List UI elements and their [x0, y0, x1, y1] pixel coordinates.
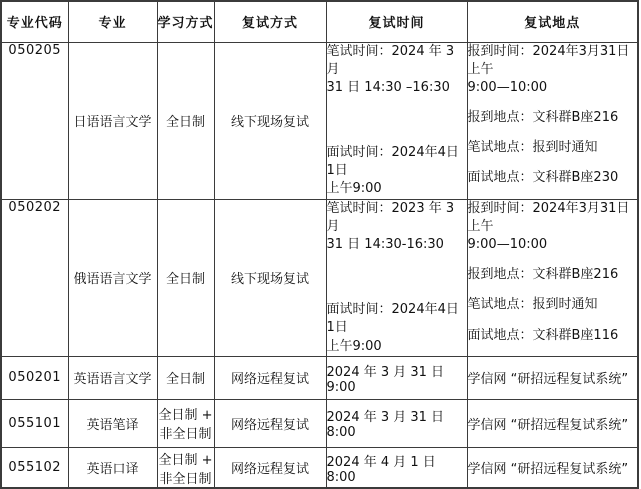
admission-retest-schedule-table: 专业代码 专业 学习方式 复试方式 复试时间 复试地点 050205 日语语言文… — [0, 0, 639, 489]
cell-retest-time: 2024 年 3 月 31 日 9:00 — [326, 356, 467, 399]
cell-major: 英语口译 — [68, 447, 157, 488]
col-header-retest-time: 复试时间 — [326, 1, 467, 42]
cell-study-mode: 全日制 — [157, 42, 214, 199]
location-line: 笔试地点：报到时通知 — [468, 296, 638, 314]
location-line: 报到地点：文科群B座216 — [468, 109, 638, 127]
table-row: 050201 英语语言文学 全日制 网络远程复试 2024 年 3 月 31 日… — [1, 356, 638, 399]
cell-study-mode: 全日制 — [157, 199, 214, 356]
cell-retest-location: 学信网 “研招远程复试系统” — [467, 447, 638, 488]
cell-retest-time: 2024 年 4 月 1 日 8:00 — [326, 447, 467, 488]
col-header-study-mode: 学习方式 — [157, 1, 214, 42]
time-line: 笔试时间：2024 年 3 月 31 日 14:30 –16:30 — [327, 43, 467, 98]
location-line: 面试地点：文科群B座116 — [468, 327, 638, 345]
table-row: 055102 英语口译 全日制 + 非全日制 网络远程复试 2024 年 4 月… — [1, 447, 638, 488]
location-line: 报到地点：文科群B座216 — [468, 266, 638, 284]
col-header-major-code: 专业代码 — [1, 1, 68, 42]
cell-major-code: 055101 — [1, 399, 68, 447]
location-line: 报到时间：2024年3月31日上午 9:00—10:00 — [468, 43, 638, 98]
col-header-retest-method: 复试方式 — [214, 1, 326, 42]
cell-retest-time: 笔试时间：2023 年 3 月 31 日 14:30-16:30 面试时间：20… — [326, 199, 467, 356]
cell-major: 俄语语言文学 — [68, 199, 157, 356]
cell-major-code: 050205 — [1, 42, 68, 199]
cell-retest-location: 报到时间：2024年3月31日上午 9:00—10:00 报到地点：文科群B座2… — [467, 199, 638, 356]
cell-retest-location: 报到时间：2024年3月31日上午 9:00—10:00 报到地点：文科群B座2… — [467, 42, 638, 199]
cell-retest-method: 网络远程复试 — [214, 399, 326, 447]
document-page: 专业代码 专业 学习方式 复试方式 复试时间 复试地点 050205 日语语言文… — [0, 0, 641, 482]
cell-retest-time: 笔试时间：2024 年 3 月 31 日 14:30 –16:30 面试时间：2… — [326, 42, 467, 199]
time-line: 面试时间：2024年4日1日 上午9:00 — [327, 144, 467, 199]
col-header-retest-location: 复试地点 — [467, 1, 638, 42]
cell-retest-location: 学信网 “研招远程复试系统” — [467, 356, 638, 399]
table-row: 055101 英语笔译 全日制 + 非全日制 网络远程复试 2024 年 3 月… — [1, 399, 638, 447]
cell-study-mode: 全日制 — [157, 356, 214, 399]
cell-retest-time: 2024 年 3 月 31 日 8:00 — [326, 399, 467, 447]
cell-major-code: 050202 — [1, 199, 68, 356]
cell-retest-location: 学信网 “研招远程复试系统” — [467, 399, 638, 447]
cell-retest-method: 网络远程复试 — [214, 447, 326, 488]
location-line: 报到时间：2024年3月31日上午 9:00—10:00 — [468, 200, 638, 255]
cell-study-mode: 全日制 + 非全日制 — [157, 447, 214, 488]
cell-major: 英语笔译 — [68, 399, 157, 447]
cell-major-code: 055102 — [1, 447, 68, 488]
cell-major: 英语语言文学 — [68, 356, 157, 399]
table-row: 050202 俄语语言文学 全日制 线下现场复试 笔试时间：2023 年 3 月… — [1, 199, 638, 356]
location-line: 面试地点：文科群B座230 — [468, 169, 638, 187]
cell-retest-method: 线下现场复试 — [214, 42, 326, 199]
time-line: 面试时间：2024年4日1日 上午9:00 — [327, 301, 467, 356]
table-row: 050205 日语语言文学 全日制 线下现场复试 笔试时间：2024 年 3 月… — [1, 42, 638, 199]
cell-study-mode: 全日制 + 非全日制 — [157, 399, 214, 447]
cell-retest-method: 线下现场复试 — [214, 199, 326, 356]
cell-retest-method: 网络远程复试 — [214, 356, 326, 399]
time-line: 笔试时间：2023 年 3 月 31 日 14:30-16:30 — [327, 200, 467, 255]
header-row: 专业代码 专业 学习方式 复试方式 复试时间 复试地点 — [1, 1, 638, 42]
cell-major: 日语语言文学 — [68, 42, 157, 199]
cell-major-code: 050201 — [1, 356, 68, 399]
location-line: 笔试地点：报到时通知 — [468, 139, 638, 157]
col-header-major: 专业 — [68, 1, 157, 42]
